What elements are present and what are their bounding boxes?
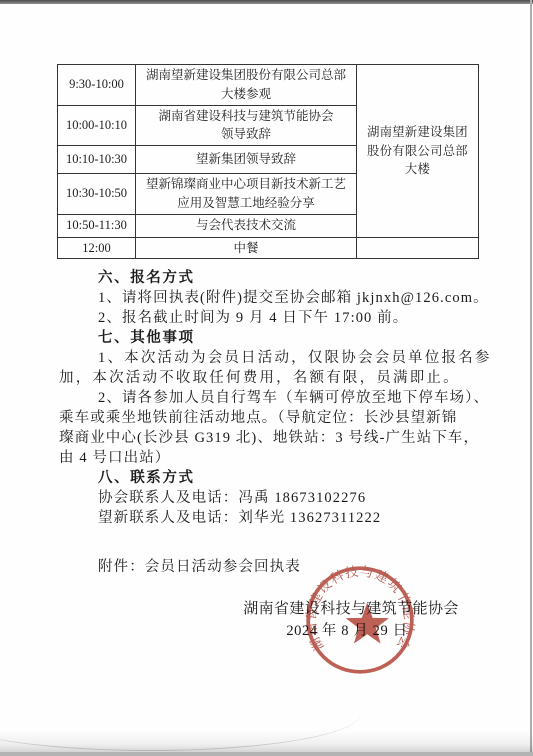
contact-line: 望新联系人及电话：刘华光 13627311222 bbox=[59, 508, 473, 528]
time-cell: 10:00-10:10 bbox=[58, 105, 136, 146]
time-cell: 12:00 bbox=[58, 237, 136, 259]
time-cell: 10:30-10:50 bbox=[58, 174, 136, 215]
paragraph-line: 乘车或乘坐地铁前往活动地点。（导航定位：长沙县望新锦 bbox=[59, 408, 473, 428]
table-row: 9:30-10:00 湖南望新建设集团股份有限公司总部 大楼参观 湖南望新建设集… bbox=[58, 65, 479, 106]
paragraph-line: 1、本次活动为会员日活动，仅限协会会员单位报名参 bbox=[59, 348, 473, 368]
paragraph-line: 璨商业中心(长沙县 G319 北)、地铁站：3 号线-广生站下车， bbox=[59, 428, 473, 448]
document-page: 9:30-10:00 湖南望新建设集团股份有限公司总部 大楼参观 湖南望新建设集… bbox=[0, 0, 533, 756]
section-7-heading: 七、其他事项 bbox=[59, 328, 473, 348]
schedule-table: 9:30-10:00 湖南望新建设集团股份有限公司总部 大楼参观 湖南望新建设集… bbox=[57, 64, 479, 259]
seal-star bbox=[346, 602, 389, 643]
document-body: 六、报名方式 1、请将回执表(附件)提交至协会邮箱 jkjnxh@126.com… bbox=[59, 268, 473, 577]
paragraph-line: 1、请将回执表(附件)提交至协会邮箱 jkjnxh@126.com。 bbox=[59, 288, 473, 308]
paragraph-line: 2、报名截止时间为 9 月 4 日下午 17:00 前。 bbox=[59, 308, 473, 328]
activity-cell: 湖南省建设科技与建筑节能协会 领导致辞 bbox=[136, 105, 357, 146]
table-row: 12:00 中餐 bbox=[58, 237, 479, 259]
time-cell: 10:10-10:30 bbox=[58, 146, 136, 174]
scan-bottom-edge bbox=[0, 752, 533, 756]
location-cell-empty bbox=[357, 237, 479, 259]
activity-cell: 与会代表技术交流 bbox=[136, 214, 357, 237]
location-cell: 湖南望新建设集团股份有限公司总部大楼 bbox=[357, 65, 479, 238]
seal-arc-text: 湖南省建设科技与建筑节能协会 bbox=[303, 563, 417, 653]
section-6-heading: 六、报名方式 bbox=[59, 268, 473, 288]
time-cell: 9:30-10:00 bbox=[58, 65, 136, 106]
scan-right-edge bbox=[530, 0, 532, 756]
section-8-heading: 八、联系方式 bbox=[59, 468, 473, 488]
activity-cell: 湖南望新建设集团股份有限公司总部 大楼参观 bbox=[136, 65, 357, 106]
scan-top-edge bbox=[0, 0, 533, 4]
seal-arc-text-holder: 湖南省建设科技与建筑节能协会 bbox=[303, 563, 417, 653]
paragraph-line: 由 4 号口出站） bbox=[59, 448, 473, 468]
official-seal: 湖南省建设科技与建筑节能协会 bbox=[303, 563, 417, 677]
activity-cell: 中餐 bbox=[136, 237, 357, 259]
activity-cell: 望新集团领导致辞 bbox=[136, 146, 357, 174]
time-cell: 10:50-11:30 bbox=[58, 214, 136, 237]
paragraph-line: 加，本次活动不收取任何费用，名额有限，员满即止。 bbox=[59, 368, 473, 388]
activity-cell: 望新锦璨商业中心项目新技术新工艺 应用及智慧工地经验分享 bbox=[136, 174, 357, 215]
paragraph-line: 2、请各参加人员自行驾车（车辆可停放至地下停车场）、 bbox=[59, 388, 473, 408]
contact-line: 协会联系人及电话：冯禹 18673102276 bbox=[59, 488, 473, 508]
